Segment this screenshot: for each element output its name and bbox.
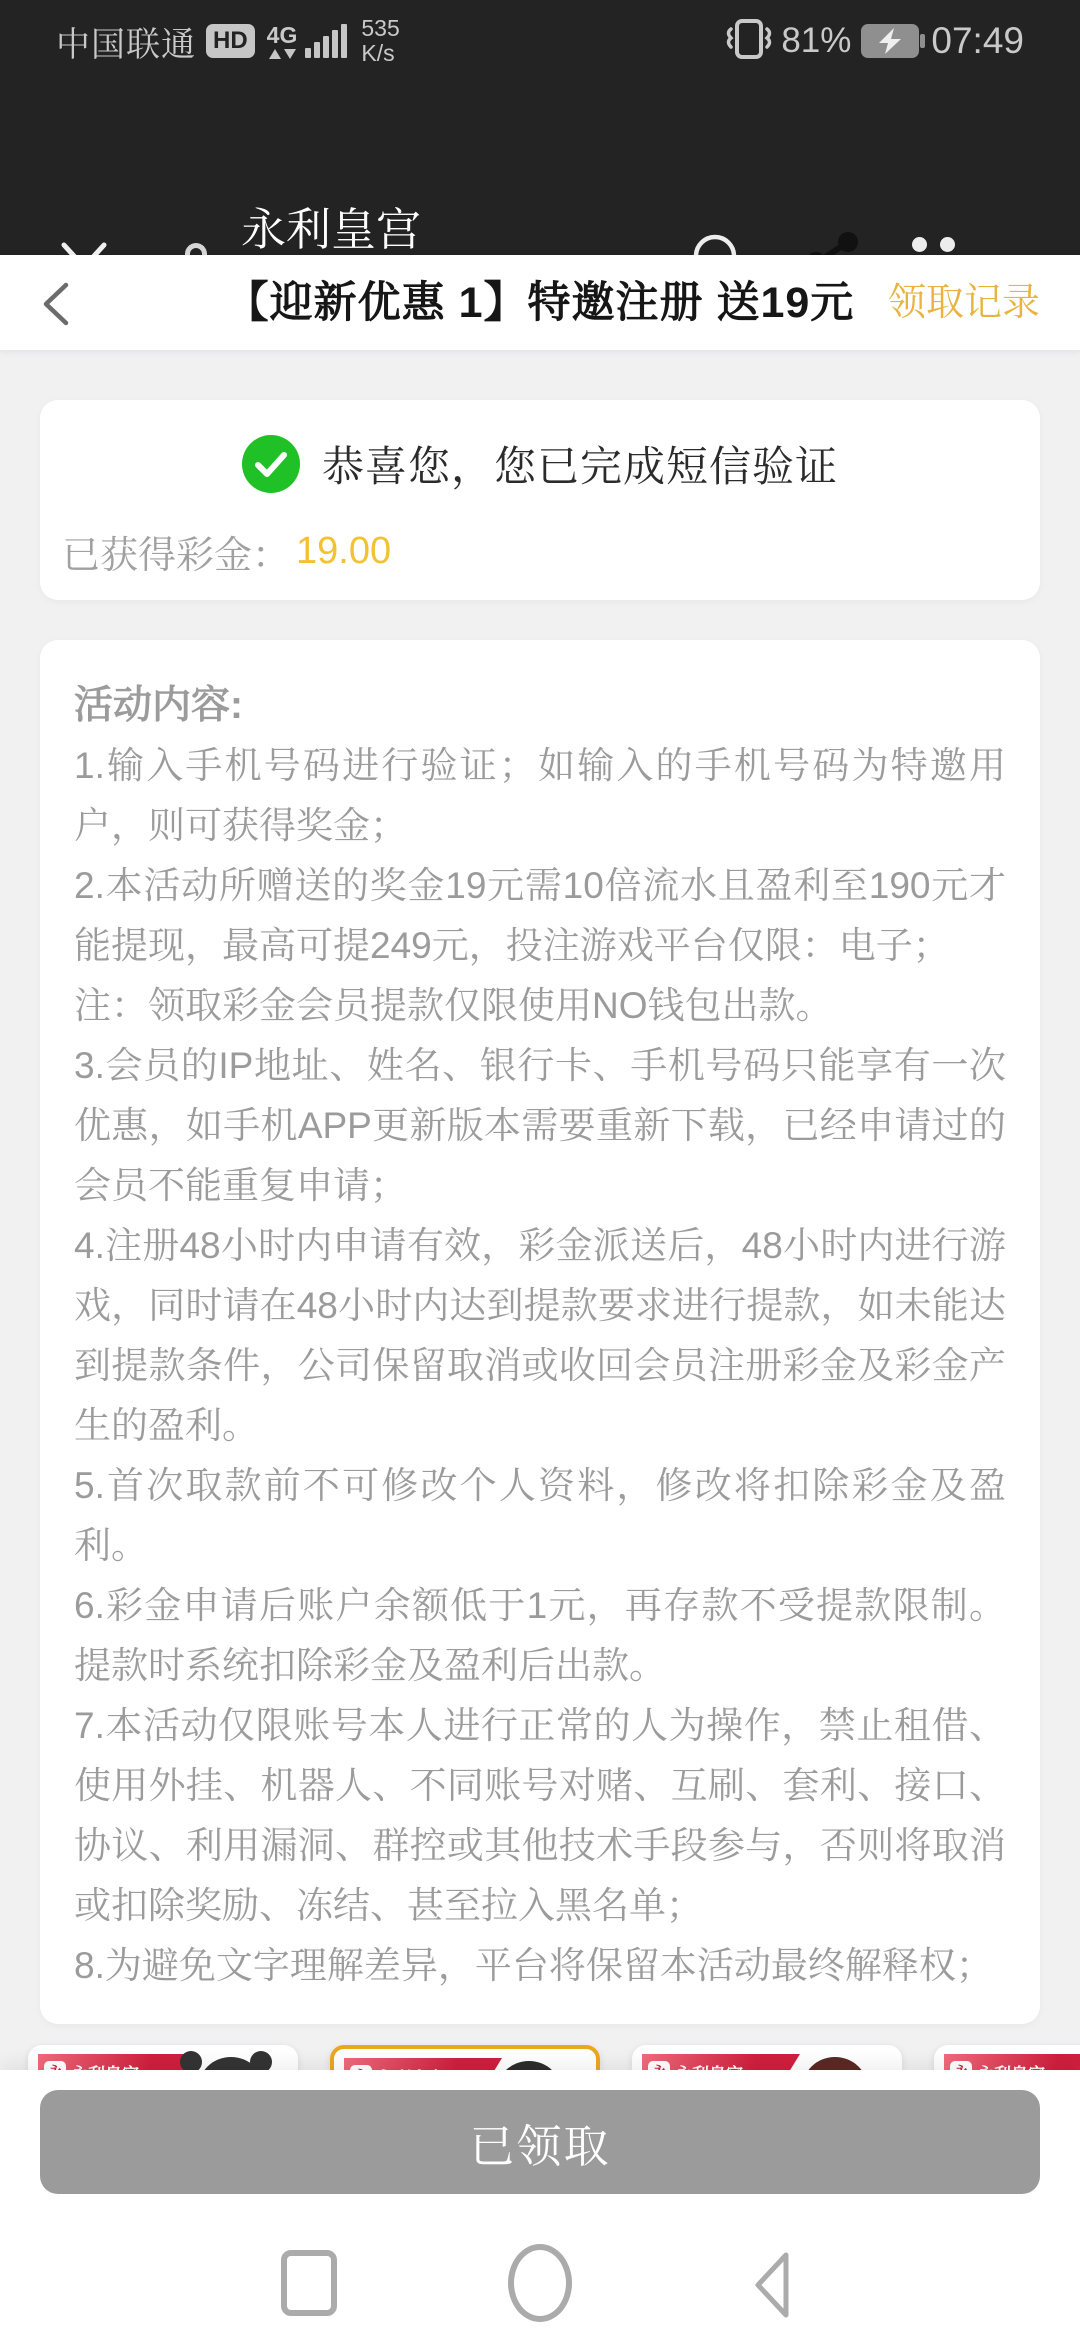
recents-square-icon[interactable] — [281, 2250, 337, 2316]
success-check-icon — [242, 435, 300, 493]
rule-line: 4.注册48小时内申请有效，彩金派送后，48小时内进行游戏，同时请在48小时内达… — [74, 1216, 1006, 1456]
hd-badge: HD — [206, 24, 255, 58]
page-header: 【迎新优惠 1】特邀注册 送19元 领取记录 — [0, 255, 1080, 351]
success-message: 恭喜您，您已完成短信验证 — [322, 434, 838, 494]
site-title: 永利皇宫 — [241, 203, 519, 257]
battery-percent: 81% — [781, 21, 851, 61]
battery-charging-icon — [861, 24, 925, 58]
rule-line: 8.为避免文字理解差异，平台将保留本活动最终解释权； — [74, 1936, 1006, 1996]
claimed-button[interactable]: 已领取 — [40, 2090, 1040, 2194]
bonus-amount: 19.00 — [296, 530, 391, 573]
signal-bars-icon — [305, 24, 347, 58]
rule-line: 3.会员的IP地址、姓名、银行卡、手机号码只能享有一次优惠，如手机APP更新版本… — [74, 1036, 1006, 1216]
bonus-label: 已获得彩金： — [62, 524, 290, 579]
rule-line: 6.彩金申请后账户余额低于1元，再存款不受提款限制。提款时系统扣除彩金及盈利后出… — [74, 1576, 1006, 1696]
rules-title: 活动内容: — [74, 676, 1006, 736]
browser-toolbar: 永利皇宫 157.185.143.232 — [0, 95, 1080, 255]
home-circle-icon[interactable] — [508, 2244, 572, 2322]
carrier-label: 中国联通 — [56, 17, 196, 66]
rule-line: 7.本活动仅限账号本人进行正常的人为操作，禁止租借、使用外挂、机器人、不同账号对… — [74, 1696, 1006, 1936]
top-chrome: 中国联通 HD 4G 535 K/s 81% 07:49 — [0, 0, 1080, 255]
status-bar: 中国联通 HD 4G 535 K/s 81% 07:49 — [56, 12, 1024, 70]
claim-history-link[interactable]: 领取记录 — [888, 255, 1040, 351]
back-triangle-icon[interactable] — [746, 2247, 798, 2328]
network-speed: 535 K/s — [361, 16, 399, 66]
rule-line: 注：领取彩金会员提款仅限使用NO钱包出款。 — [74, 976, 1006, 1036]
network-type-icon: 4G — [267, 23, 298, 59]
rule-line: 1.输入手机号码进行验证；如输入的手机号码为特邀用户，则可获得奖金； — [74, 736, 1006, 856]
android-nav-bar — [0, 2230, 1080, 2340]
verification-result-card: 恭喜您，您已完成短信验证 已获得彩金： 19.00 — [40, 400, 1040, 600]
activity-rules-card: 活动内容: 1.输入手机号码进行验证；如输入的手机号码为特邀用户，则可获得奖金；… — [40, 640, 1040, 2024]
vibrate-icon — [723, 15, 775, 68]
clock: 07:49 — [931, 20, 1024, 62]
rule-line: 5.首次取款前不可修改个人资料，修改将扣除彩金及盈利。 — [74, 1456, 1006, 1576]
rule-line: 2.本活动所赠送的奖金19元需10倍流水且盈利至190元才能提现，最高可提249… — [74, 856, 1006, 976]
